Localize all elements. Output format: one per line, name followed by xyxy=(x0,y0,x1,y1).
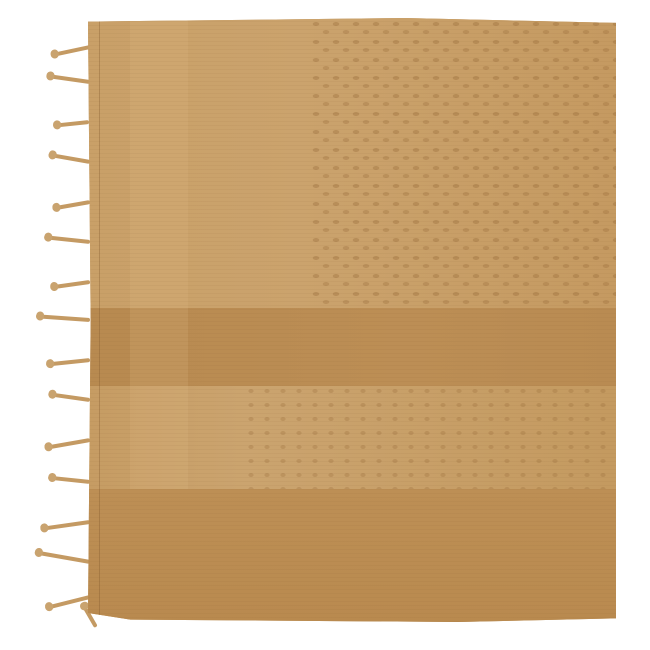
tassel xyxy=(48,476,90,484)
fold-line xyxy=(99,18,100,622)
tassel xyxy=(40,520,90,531)
tassel-fringe xyxy=(28,40,98,640)
tassel xyxy=(46,358,90,367)
tassel xyxy=(44,438,90,450)
tassel xyxy=(50,280,90,290)
tassel xyxy=(46,74,90,84)
tassel xyxy=(44,235,90,244)
product-photo xyxy=(0,0,650,650)
tassel xyxy=(36,314,90,322)
tassel xyxy=(35,550,91,564)
tassel xyxy=(50,45,90,57)
tassel xyxy=(48,392,90,402)
scarf xyxy=(88,18,616,622)
tassel xyxy=(52,200,90,211)
weave-texture xyxy=(88,18,616,622)
tassel xyxy=(53,120,89,128)
tassel xyxy=(48,153,90,164)
